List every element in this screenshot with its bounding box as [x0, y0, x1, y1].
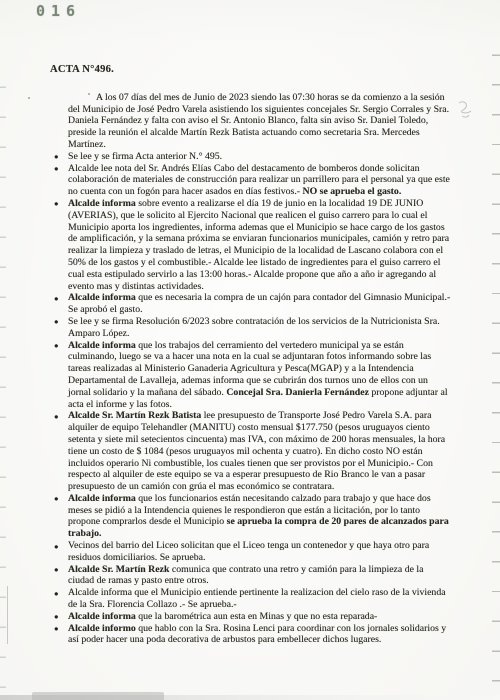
minute-item: Alcalde informa que los trabajos del cer… — [68, 340, 452, 411]
item-text: que la barométrica aun esta en Minas y q… — [136, 611, 378, 622]
item-text: Vecinos del barrio del Liceo solicitan q… — [68, 540, 429, 563]
item-text-bold: Alcalde Sr. Martín Rezk — [68, 564, 169, 575]
minute-item: Alcalde informa que es necesaria la comp… — [68, 292, 452, 316]
minute-item: Se lee y se firma Resolución 6/2023 sobr… — [68, 316, 452, 340]
item-text: Se lee y se firma Acta anterior N.° 495. — [68, 151, 222, 162]
minute-item: Alcalde lee nota del Sr. Andrés Elías Ca… — [68, 163, 452, 198]
item-text: Se lee y se firma Resolución 6/2023 sobr… — [68, 316, 440, 339]
item-text-bold: Alcalde informa — [68, 198, 136, 209]
item-text: Alcalde informa que el Municipio entiend… — [68, 587, 446, 610]
bottom-scan-smudge — [32, 692, 164, 700]
minute-item: Se lee y se firma Acta anterior N.° 495. — [68, 151, 452, 163]
minute-item: Alcalde Sr. Martín Rezk comunica que con… — [68, 564, 452, 588]
minute-item: Alcalde informa sobre evento a realizars… — [68, 198, 452, 292]
acta-title: ACTA N°496. — [50, 64, 452, 76]
minutes-list: Se lee y se firma Acta anterior N.° 495.… — [68, 151, 452, 646]
minute-item: Alcalde informa que la barométrica aun e… — [68, 611, 452, 623]
minute-item: Alcalde informa que los funcionarios est… — [68, 493, 452, 540]
item-text-bold: Alcalde informa — [68, 611, 136, 622]
item-text: lee presupuesto de Transporte José Pedro… — [68, 410, 445, 492]
item-text-bold: Alcalde informo — [68, 623, 136, 634]
scan-speck — [28, 97, 30, 99]
item-text-bold: Alcalde informa — [68, 292, 136, 303]
left-margin-line — [7, 586, 8, 644]
item-text-bold: NO se aprueba el gasto. — [303, 186, 402, 197]
item-text-bold: Alcalde informa — [68, 340, 136, 351]
minute-item: Alcalde Sr. Martín Rezk Batista lee pres… — [68, 410, 452, 493]
page-number-stamp: 016 — [36, 2, 81, 20]
minute-item: Alcalde informa que el Municipio entiend… — [68, 587, 452, 611]
item-text: sobre evento a realizarse el día 19 de j… — [68, 198, 449, 292]
item-text-bold: Alcalde Sr. Martín Rezk Batista — [68, 410, 201, 421]
acta-intro-paragraph: A los 07 días del mes de Junio de 2023 s… — [68, 92, 452, 151]
minute-item: Vecinos del barrio del Liceo solicitan q… — [68, 540, 452, 564]
minute-item: Alcalde informo que hablo con la Sra. Ro… — [68, 623, 452, 647]
right-edge-tick-marks — [492, 26, 500, 692]
scanned-acta-page: { "page": { "stamp_number": "016", "titl… — [0, 0, 500, 700]
item-text-bold: Concejal Sra. Danierla Fernández — [226, 387, 369, 398]
acta-document-body: ACTA N°496. A los 07 días del mes de Jun… — [68, 64, 452, 646]
item-text-bold: Alcalde informa — [68, 493, 136, 504]
left-edge-tick-marks — [0, 58, 6, 692]
pen-squiggle-mark — [455, 100, 477, 124]
